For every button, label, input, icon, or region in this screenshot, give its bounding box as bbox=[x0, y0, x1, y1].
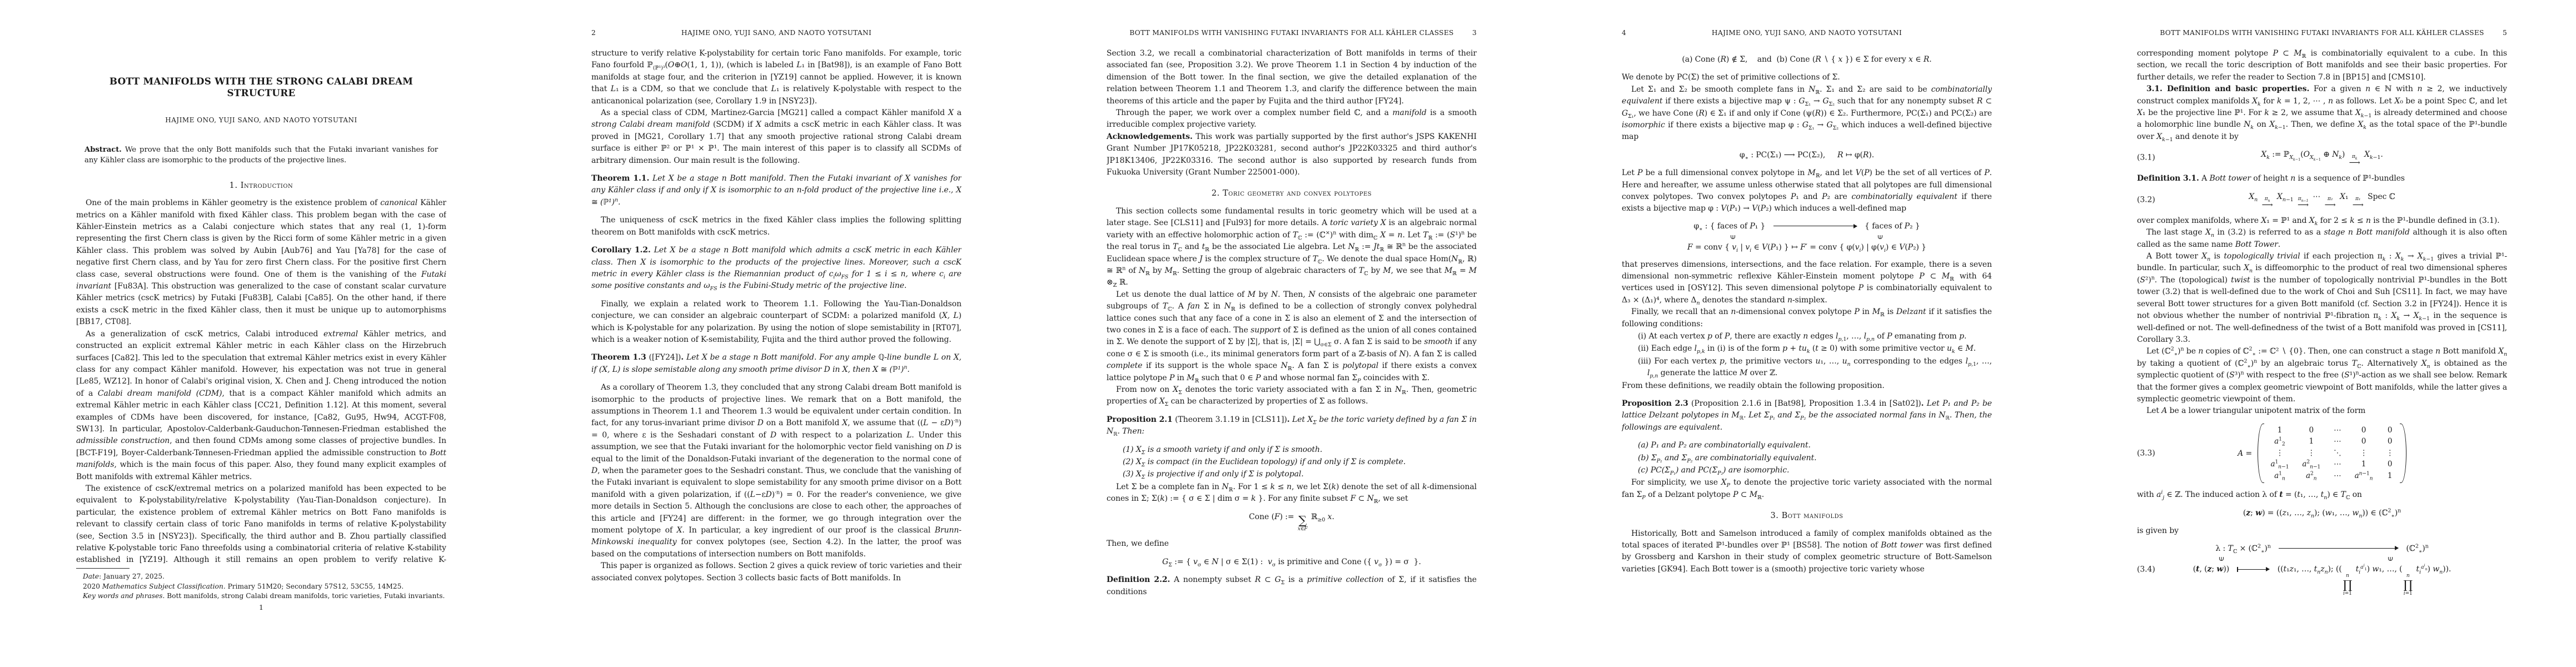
display-equation: (z; w) = ((z₁, …, zn); (w₁, …, wn)) ∈ (ℂ… bbox=[2137, 507, 2507, 519]
proposition: Proposition 2.3 (Proposition 2.1.6 in [B… bbox=[1622, 398, 1992, 434]
list-item: (3) XΣ is projective if and only if Σ is… bbox=[1107, 469, 1477, 480]
footnote: Key words and phrases. Bott manifolds, s… bbox=[76, 591, 446, 601]
paragraph: Let P be a full dimensional convex polyt… bbox=[1622, 167, 1992, 215]
display-equation: φ∗ : PC(Σ₁) ⟶ PC(Σ₂), R ↦ φ(R). bbox=[1622, 150, 1992, 161]
page-number: 4 bbox=[1622, 29, 1644, 37]
display-equation: GΣ := { vσ ∈ N | σ ∈ Σ(1) : vσ is primit… bbox=[1107, 556, 1477, 568]
page-2: 2 HAJIME ONO, YUJI SANO, AND NAOTO YOTSU… bbox=[515, 0, 1030, 667]
running-header: BOTT MANIFOLDS WITH VANISHING FUTAKI INV… bbox=[1107, 29, 1477, 37]
paragraph: The last stage Xn in (3.2) is referred t… bbox=[2137, 227, 2507, 251]
running-header-title: HAJIME ONO, YUJI SANO, AND NAOTO YOTSUTA… bbox=[1644, 29, 1970, 37]
page-number: 1 bbox=[76, 603, 446, 611]
running-header: BOTT MANIFOLDS WITH VANISHING FUTAKI INV… bbox=[2137, 29, 2507, 37]
paragraph: Historically, Bott and Samelson introduc… bbox=[1622, 528, 1992, 576]
corollary: Corollary 1.2. Let X be a stage n Bott m… bbox=[591, 245, 961, 292]
page-4: 4 HAJIME ONO, YUJI SANO, AND NAOTO YOTSU… bbox=[1546, 0, 2061, 667]
page-number bbox=[939, 29, 961, 37]
equation-tag: (3.3) bbox=[2137, 447, 2155, 459]
paragraph: over complex manifolds, where X₁ = ℙ¹ an… bbox=[2137, 215, 2507, 227]
list-item: (1) XΣ is a smooth variety if and only i… bbox=[1107, 444, 1477, 456]
display-diagram: φ∗ : { faces of P₁ } { faces of P₂ }∈∈F … bbox=[1622, 221, 1992, 253]
theorem: Theorem 1.1. Let X be a stage n Bott man… bbox=[591, 173, 961, 208]
equation-tag: (3.2) bbox=[2137, 194, 2155, 206]
footnote-rule bbox=[76, 568, 129, 569]
paragraph: One of the main problems in Kähler geome… bbox=[76, 197, 446, 328]
list-item: (ii) Each edge lp,k in (i) is of the for… bbox=[1622, 343, 1992, 355]
paragraph: The existence of cscK/extremal metrics o… bbox=[76, 483, 446, 565]
page-number: 3 bbox=[1454, 29, 1477, 37]
section-heading: 1. Introduction bbox=[76, 180, 446, 191]
paragraph: Through the paper, we work over a comple… bbox=[1107, 107, 1477, 131]
paragraph: This section collects some fundamental r… bbox=[1107, 206, 1477, 289]
list-item: (2) XΣ is compact (in the Euclidean topo… bbox=[1107, 456, 1477, 468]
page-1: BOTT MANIFOLDS WITH THE STRONG CALABI DR… bbox=[0, 0, 515, 667]
paragraph: From these definitions, we readily obtai… bbox=[1622, 380, 1992, 392]
page-number: 2 bbox=[591, 29, 614, 37]
abstract: Abstract. We prove that the only Bott ma… bbox=[84, 145, 438, 166]
display-equation: (a) Cone (R) ∉ Σ, and (b) Cone (R ∖ { x … bbox=[1622, 54, 1992, 66]
paragraph: Then, we define bbox=[1107, 538, 1477, 550]
page-4-body: (a) Cone (R) ∉ Σ, and (b) Cone (R ∖ { x … bbox=[1622, 48, 1992, 603]
section-heading: 3. Bott manifolds bbox=[1622, 510, 1992, 521]
paragraph: From now on XΣ denotes the toric variety… bbox=[1107, 384, 1477, 408]
theorem: Theorem 1.3 ([FY24]). Let X be a stage n… bbox=[591, 352, 961, 376]
equation-tag: (3.4) bbox=[2137, 564, 2155, 576]
paragraph: Let (ℂ2∗)n be n copies of ℂ2∗ := ℂ² ∖ {0… bbox=[2137, 346, 2507, 405]
paragraph: Let A be a lower triangular unipotent ma… bbox=[2137, 405, 2507, 417]
proposition: Proposition 2.1 (Theorem 3.1.19 in [CLS1… bbox=[1107, 414, 1477, 438]
paragraph: The uniqueness of cscK metrics in the fi… bbox=[591, 215, 961, 238]
page-number bbox=[1970, 29, 1992, 37]
paragraph: is given by bbox=[2137, 525, 2507, 537]
authors-line: HAJIME ONO, YUJI SANO, AND NAOTO YOTSUTA… bbox=[76, 115, 446, 126]
paper-title: BOTT MANIFOLDS WITH THE STRONG CALABI DR… bbox=[76, 76, 446, 99]
running-header: 4 HAJIME ONO, YUJI SANO, AND NAOTO YOTSU… bbox=[1622, 29, 1992, 37]
equation-tag: (3.1) bbox=[2137, 152, 2155, 164]
paragraph: As a corollary of Theorem 1.3, they conc… bbox=[591, 382, 961, 560]
paragraph: corresponding moment polytope P ⊂ Mℝ is … bbox=[2137, 48, 2507, 83]
section-heading: 2. Toric geometry and convex polytopes bbox=[1107, 187, 1477, 199]
running-header: 2 HAJIME ONO, YUJI SANO, AND NAOTO YOTSU… bbox=[591, 29, 961, 37]
paragraph: Let Σ₁ and Σ₂ be smooth complete fans in… bbox=[1622, 84, 1992, 143]
page-2-body: structure to verify relative K-polystabi… bbox=[591, 48, 961, 603]
paragraph: Finally, we explain a related work to Th… bbox=[591, 298, 961, 346]
paragraph: This paper is organized as follows. Sect… bbox=[591, 560, 961, 584]
page-5: BOTT MANIFOLDS WITH VANISHING FUTAKI INV… bbox=[2061, 0, 2576, 667]
paragraph: A Bott tower Xn is topologically trivial… bbox=[2137, 251, 2507, 346]
paragraph: structure to verify relative K-polystabi… bbox=[591, 48, 961, 107]
list-item: (i) At each vertex p of P, there are exa… bbox=[1622, 331, 1992, 342]
paragraph: Let Σ be a complete fan in Nℝ. For 1 ≤ k… bbox=[1107, 481, 1477, 505]
matrix-equation: (3.3)A = 10⋯00a121⋯00⋮⋮⋱⋮⋮a1n−1a2n−1⋯10a… bbox=[2137, 424, 2507, 484]
definition: Definition 3.1. A Bott tower of height n… bbox=[2137, 173, 2507, 185]
page-5-body: corresponding moment polytope P ⊂ Mℝ is … bbox=[2137, 48, 2507, 603]
acknowledgements: Acknowledgements. This work was partiall… bbox=[1107, 131, 1477, 179]
paragraph: We denote by PC(Σ) the set of primitive … bbox=[1622, 72, 1992, 83]
paragraph: with aij ∈ ℤ. The induced action λ of t … bbox=[2137, 489, 2507, 501]
footnote-block: Date: January 27, 2025.2020 Mathematics … bbox=[76, 568, 446, 601]
page-3-body: Section 3.2, we recall a combinatorial c… bbox=[1107, 48, 1477, 603]
paragraph: For simplicity, we use XP to denote the … bbox=[1622, 477, 1992, 501]
list-item: (a) P₁ and P₂ are combinatorially equiva… bbox=[1622, 440, 1992, 451]
paragraph: As a special class of CDM, Martinez-Garc… bbox=[591, 107, 961, 167]
paragraph: Section 3.2, we recall a combinatorial c… bbox=[1107, 48, 1477, 107]
page-number bbox=[2137, 29, 2159, 37]
running-header-title: HAJIME ONO, YUJI SANO, AND NAOTO YOTSUTA… bbox=[614, 29, 939, 37]
display-equation: (3.1)Xk := ℙXk−1(OXk−1 ⊕ Nk) πk⟶ Xk−1. bbox=[2137, 149, 2507, 167]
paragraph: Let us denote the dual lattice of M by N… bbox=[1107, 289, 1477, 384]
page-number bbox=[1107, 29, 1129, 37]
page-1-body: BOTT MANIFOLDS WITH THE STRONG CALABI DR… bbox=[76, 70, 446, 565]
display-equation: (3.2)Xn πn⟶ Xn−1 πn−1⟶ ⋯ π₂⟶ X₁ π₁⟶ Spec… bbox=[2137, 191, 2507, 209]
page-number: 5 bbox=[2485, 29, 2507, 37]
paragraph: Finally, we recall that an n-dimensional… bbox=[1622, 306, 1992, 330]
list-item: (iii) For each vertex p, the primitive v… bbox=[1622, 356, 1992, 380]
display-diagram: (3.4)λ : Tℂ × (ℂ2∗)n (ℂ2∗)n∈∈(t, (z; w))… bbox=[2137, 544, 2507, 597]
running-header-title: BOTT MANIFOLDS WITH VANISHING FUTAKI INV… bbox=[1129, 29, 1454, 37]
paragraph: that preserves dimensions, intersections… bbox=[1622, 259, 1992, 307]
display-equation: Cone (F) := ∑x∈F ℝ≥0 x. bbox=[1107, 511, 1477, 532]
footnote: 2020 Mathematics Subject Classification.… bbox=[76, 582, 446, 592]
paragraph: As a generalization of cscK metrics, Cal… bbox=[76, 328, 446, 483]
document-canvas: arXiv:2305.05924v2 [math.AG] 24 Jan 2025… bbox=[0, 0, 2576, 667]
running-header-title: BOTT MANIFOLDS WITH VANISHING FUTAKI INV… bbox=[2159, 29, 2485, 37]
page-3: BOTT MANIFOLDS WITH VANISHING FUTAKI INV… bbox=[1030, 0, 1546, 667]
footnote: Date: January 27, 2025. bbox=[76, 572, 446, 582]
definition: Definition 2.2. A nonempty subset R ⊂ GΣ… bbox=[1107, 574, 1477, 598]
list-item: (c) PC(ΣP₁) and PC(ΣP₂) are isomorphic. bbox=[1622, 465, 1992, 476]
footnotes: Date: January 27, 2025.2020 Mathematics … bbox=[76, 572, 446, 601]
subsection: 3.1. Definition and basic properties. Fo… bbox=[2137, 83, 2507, 143]
list-item: (b) ΣP₁ and ΣP₂ are combinatorially equi… bbox=[1622, 452, 1992, 464]
